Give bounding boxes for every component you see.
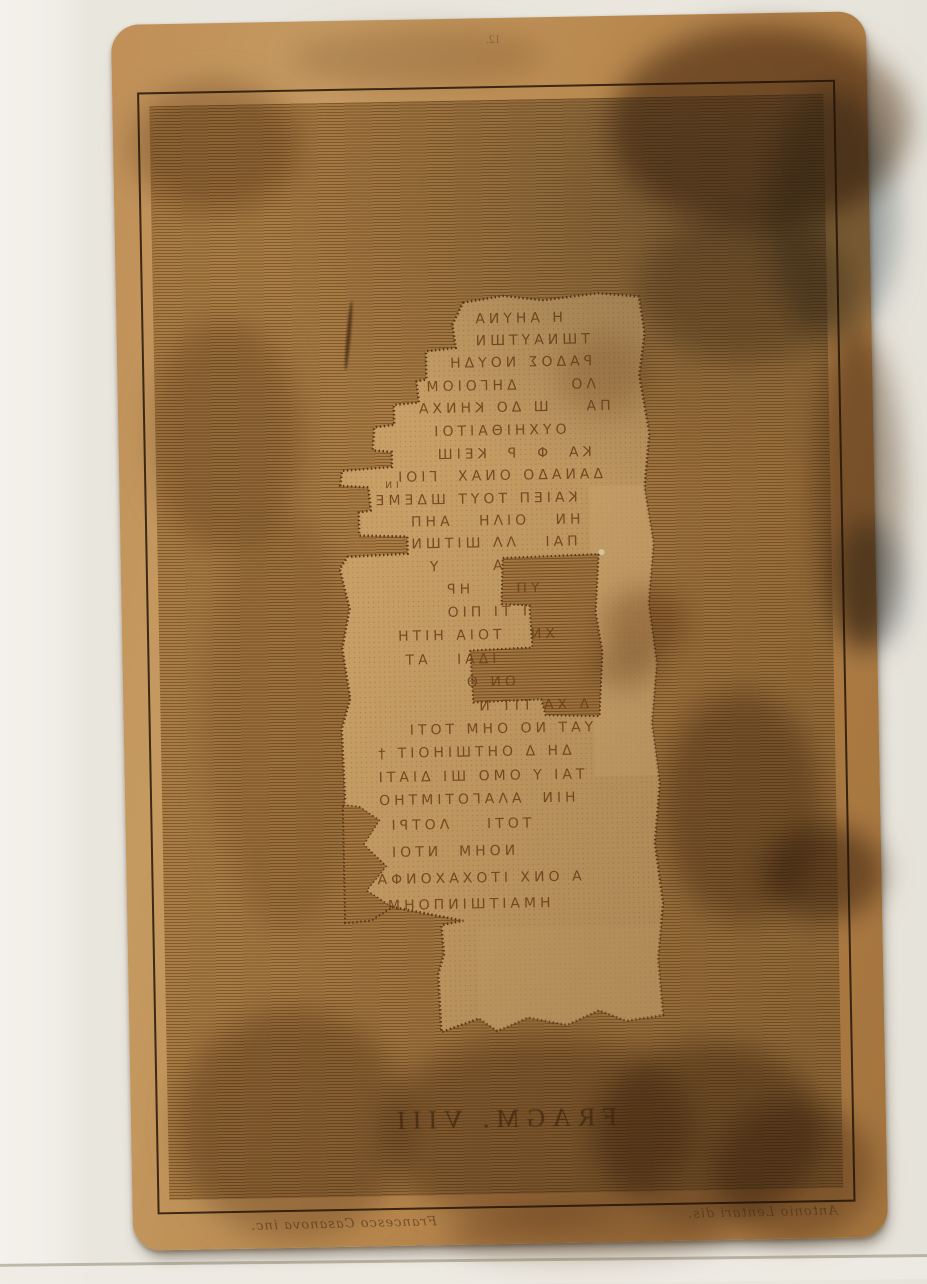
- plate-number-mark: 12.: [463, 31, 523, 47]
- photograph-backdrop: Η ΑΗΥΝΑΤШΝΑΥΤШΝΡΑΔΟΣ ΝΟΥΔΗΛΟ ΔΗΓΟΙΟΜΠΑ Ш…: [0, 0, 927, 1284]
- field-shading: [149, 94, 843, 1200]
- copper-plate: Η ΑΗΥΝΑΤШΝΑΥΤШΝΡΑΔΟΣ ΝΟΥΔΗΛΟ ΔΗΓΟΙΟΜΠΑ Ш…: [111, 11, 888, 1251]
- table-surface: [0, 1257, 927, 1284]
